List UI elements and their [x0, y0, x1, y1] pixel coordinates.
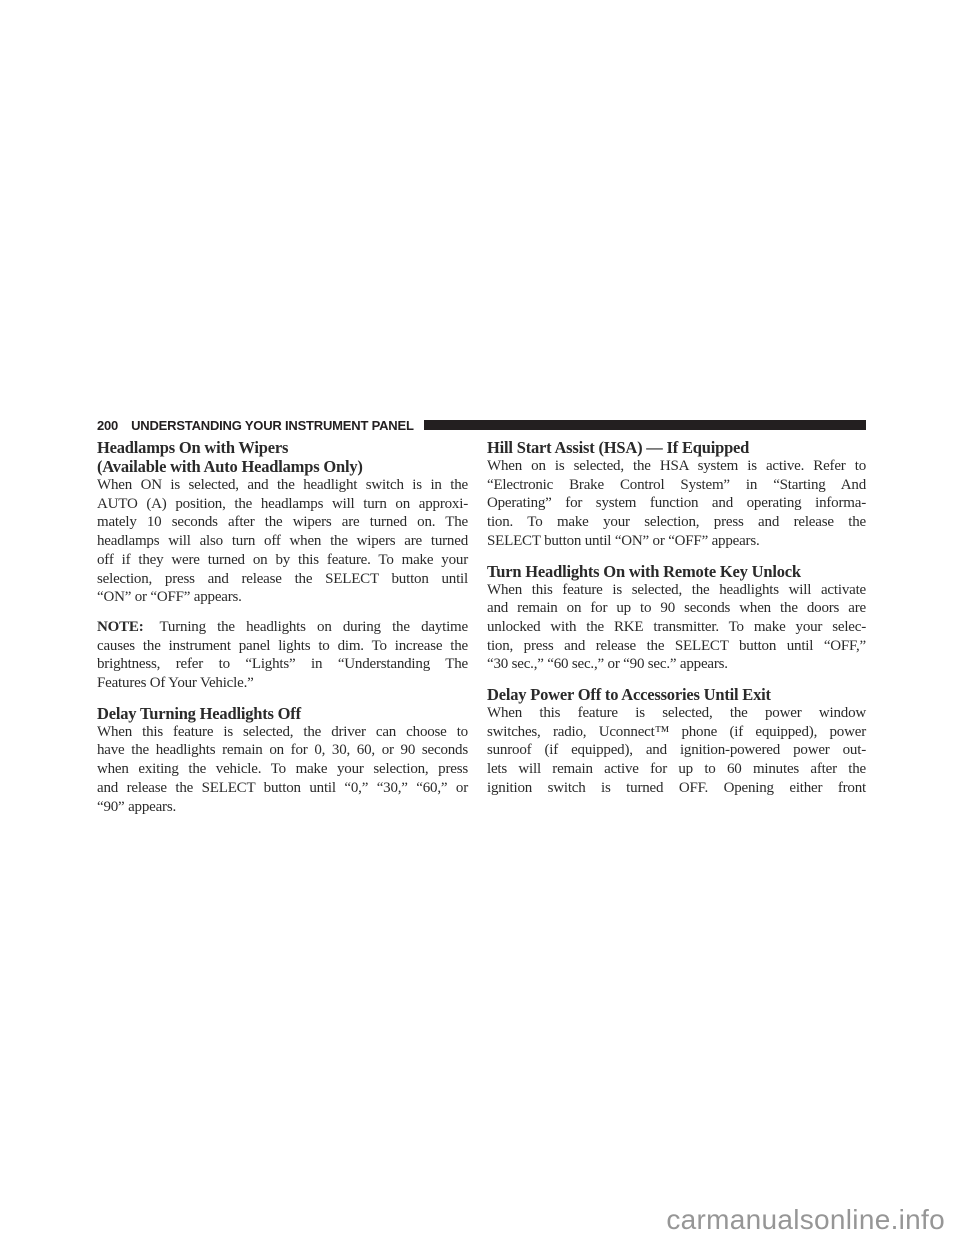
text-line: When this feature is selected, the power…	[487, 704, 866, 723]
text-line: “ON” or “OFF” appears.	[97, 588, 468, 607]
text-line: When this feature is selected, the drive…	[97, 723, 468, 742]
section-heading: Hill Start Assist (HSA) — If Equipped	[487, 438, 866, 457]
section-heading: Headlamps On with Wipers	[97, 438, 468, 457]
text-line: “30 sec.,” “60 sec.,” or “90 sec.” appea…	[487, 655, 866, 674]
note-label: NOTE:	[97, 619, 144, 635]
text-line: ignition switch is turned OFF. Opening e…	[487, 779, 866, 798]
text-line: tion, press and release the SELECT butto…	[487, 637, 866, 656]
text-line: selection, press and release the SELECT …	[97, 570, 468, 589]
text-line: When this feature is selected, the headl…	[487, 581, 866, 600]
text-line: causes the instrument panel lights to di…	[97, 637, 468, 656]
section-delay-turning-headlights-off: Delay Turning Headlights Off When this f…	[97, 704, 468, 817]
section-hill-start-assist: Hill Start Assist (HSA) — If Equipped Wh…	[487, 438, 866, 551]
text-line: SELECT button until “ON” or “OFF” appear…	[487, 532, 866, 551]
page-number: 200	[97, 418, 118, 433]
text-line: switches, radio, Uconnect™ phone (if equ…	[487, 723, 866, 742]
text-line: mately 10 seconds after the wipers are t…	[97, 513, 468, 532]
text-line: AUTO (A) position, the headlamps will tu…	[97, 495, 468, 514]
watermark: carmanualsonline.info	[666, 1204, 945, 1236]
text-line: lets will remain active for up to 60 min…	[487, 760, 866, 779]
text-line: When on is selected, the HSA system is a…	[487, 457, 866, 476]
manual-page: 200 UNDERSTANDING YOUR INSTRUMENT PANEL …	[0, 0, 960, 1242]
text-line: tion. To make your selection, press and …	[487, 513, 866, 532]
page-header: 200 UNDERSTANDING YOUR INSTRUMENT PANEL	[97, 418, 866, 432]
text-line: sunroof (if equipped), and ignition-powe…	[487, 741, 866, 760]
text-line: “Electronic Brake Control System” in “St…	[487, 476, 866, 495]
text-line: and remain on for up to 90 seconds when …	[487, 599, 866, 618]
text-line: Operating” for system function and opera…	[487, 494, 866, 513]
text-line: headlamps will also turn off when the wi…	[97, 532, 468, 551]
section-heading: Delay Power Off to Accessories Until Exi…	[487, 685, 866, 704]
page-body: Headlamps On with Wipers (Available with…	[97, 438, 866, 816]
section-subheading: (Available with Auto Headlamps Only)	[97, 457, 468, 476]
section-note: NOTE: Turning the headlights on during t…	[97, 618, 468, 693]
section-headlamps-on-with-wipers: Headlamps On with Wipers (Available with…	[97, 438, 468, 607]
header-rule-bar	[424, 420, 866, 430]
right-column: Hill Start Assist (HSA) — If Equipped Wh…	[487, 438, 866, 816]
text-line: have the headlights remain on for 0, 30,…	[97, 741, 468, 760]
text-line: and release the SELECT button until “0,”…	[97, 779, 468, 798]
section-turn-headlights-on-remote-key-unlock: Turn Headlights On with Remote Key Unloc…	[487, 562, 866, 675]
text-line: unlocked with the RKE transmitter. To ma…	[487, 618, 866, 637]
text-line: when exiting the vehicle. To make your s…	[97, 760, 468, 779]
note-text: Turning the headlights on during the day…	[149, 619, 468, 635]
header-title: UNDERSTANDING YOUR INSTRUMENT PANEL	[131, 418, 414, 433]
text-line: Features Of Your Vehicle.”	[97, 674, 468, 693]
text-line: NOTE: Turning the headlights on during t…	[97, 618, 468, 637]
text-line: When ON is selected, and the headlight s…	[97, 476, 468, 495]
section-delay-power-off-accessories: Delay Power Off to Accessories Until Exi…	[487, 685, 866, 798]
section-heading: Turn Headlights On with Remote Key Unloc…	[487, 562, 866, 581]
text-line: off if they were turned on by this featu…	[97, 551, 468, 570]
section-heading: Delay Turning Headlights Off	[97, 704, 468, 723]
left-column: Headlamps On with Wipers (Available with…	[97, 438, 468, 816]
text-line: “90” appears.	[97, 798, 468, 817]
text-line: brightness, refer to “Lights” in “Unders…	[97, 655, 468, 674]
